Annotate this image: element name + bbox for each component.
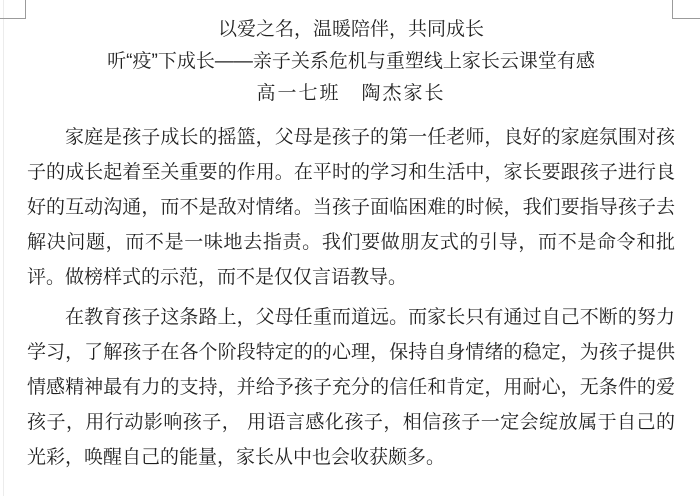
document-page: 以爱之名，温暖陪伴，共同成长 听“疫”下成长——亲子关系危机与重塑线上家长云课堂… [0, 0, 700, 496]
margin-crop-mark-top-right [672, 0, 700, 19]
document-byline: 高一七班 陶杰家长 [27, 78, 675, 110]
document-body: 家庭是孩子成长的摇篮，父母是孩子的第一任老师，良好的家庭氛围对孩子的成长起着至关… [27, 120, 675, 475]
paragraph: 家庭是孩子成长的摇篮，父母是孩子的第一任老师，良好的家庭氛围对孩子的成长起着至关… [27, 120, 675, 295]
document-title: 以爱之名，温暖陪伴，共同成长 [27, 14, 675, 46]
paragraph: 在教育孩子这条路上，父母任重而道远。而家长只有通过自己不断的努力学习，了解孩子在… [27, 300, 675, 475]
document-subtitle: 听“疫”下成长——亲子关系危机与重塑线上家长云课堂有感 [27, 46, 675, 78]
margin-crop-mark-top-left [0, 0, 26, 19]
page-left-edge-line [3, 0, 4, 496]
document-content: 以爱之名，温暖陪伴，共同成长 听“疫”下成长——亲子关系危机与重塑线上家长云课堂… [27, 14, 675, 480]
